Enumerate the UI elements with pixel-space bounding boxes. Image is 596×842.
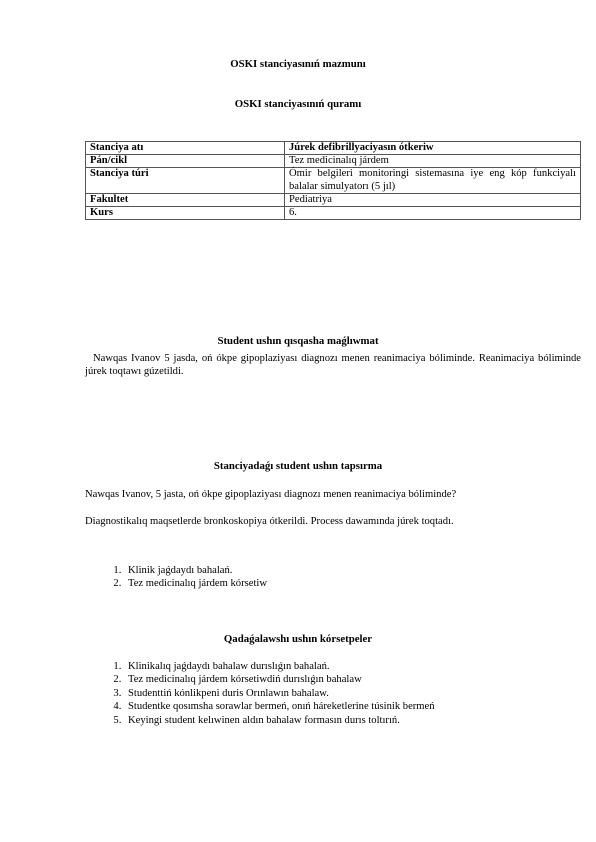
list-item: Klinik jaǵdaydı bahalań. bbox=[124, 564, 267, 577]
station-info-table: Stanciya atıJúrek defibrillyaciyasın ótk… bbox=[85, 141, 581, 220]
list-item: Tez medicinalıq járdem kórsetiw bbox=[124, 577, 267, 590]
table-row: FakultetPediatriya bbox=[86, 193, 581, 206]
list-item: Studenttiń kónlikpeni duris Orınlawın ba… bbox=[124, 687, 435, 700]
section-title-criteria: Qadaǵalawshı ushın kórsetpeler bbox=[0, 633, 596, 645]
row-value: Pediatriya bbox=[285, 193, 581, 206]
table-row: Stanciya atıJúrek defibrillyaciyasın ótk… bbox=[86, 142, 581, 155]
task-paragraph-2: Diagnostikalıq maqsetlerde bronkoskopiya… bbox=[85, 515, 581, 528]
task-paragraph-1: Nawqas Ivanov, 5 jasta, oń ókpe gipoplaz… bbox=[85, 488, 581, 501]
list-item: Studentke qosımsha sorawlar bermeń, onıń… bbox=[124, 700, 435, 713]
list-item: Klinikalıq jaǵdaydı bahalaw durıslıǵın b… bbox=[124, 660, 435, 673]
criteria-list: Klinikalıq jaǵdaydı bahalaw durıslıǵın b… bbox=[104, 660, 435, 727]
row-value: 6. bbox=[285, 207, 581, 220]
row-label: Kurs bbox=[86, 207, 285, 220]
row-value: Ómir belgileri monitoringi sistemasına i… bbox=[285, 168, 581, 193]
row-label: Stanciya túri bbox=[86, 168, 285, 193]
row-value: Júrek defibrillyaciyasın ótkeriw bbox=[285, 142, 581, 155]
section-title-task: Stanciyadaǵı student ushın tapsırma bbox=[0, 460, 596, 472]
table-row: Stanciya túriÓmir belgileri monitoringi … bbox=[86, 168, 581, 193]
section-title-composition: OSKI stanciyasınıń quramı bbox=[0, 98, 596, 110]
list-item: Tez medicinalıq járdem kórsetiwdiń durıs… bbox=[124, 673, 435, 686]
row-label: Stanciya atı bbox=[86, 142, 285, 155]
list-item: Keyingi student kelıwinen aldın bahalaw … bbox=[124, 714, 435, 727]
section-title-student-info: Student ushın qısqasha maǵlıwmat bbox=[0, 335, 596, 347]
document-title: OSKI stanciyasınıń mazmunı bbox=[0, 58, 596, 70]
row-label: Fakultet bbox=[86, 193, 285, 206]
task-list: Klinik jaǵdaydı bahalań. Tez medicinalıq… bbox=[104, 564, 267, 591]
table-row: Kurs6. bbox=[86, 207, 581, 220]
student-info-text: Nawqas Ivanov 5 jasda, oń ókpe gipoplazi… bbox=[85, 352, 581, 378]
row-value: Tez medicinalıq járdem bbox=[285, 155, 581, 168]
table-row: Pán/ciklTez medicinalıq járdem bbox=[86, 155, 581, 168]
row-label: Pán/cikl bbox=[86, 155, 285, 168]
